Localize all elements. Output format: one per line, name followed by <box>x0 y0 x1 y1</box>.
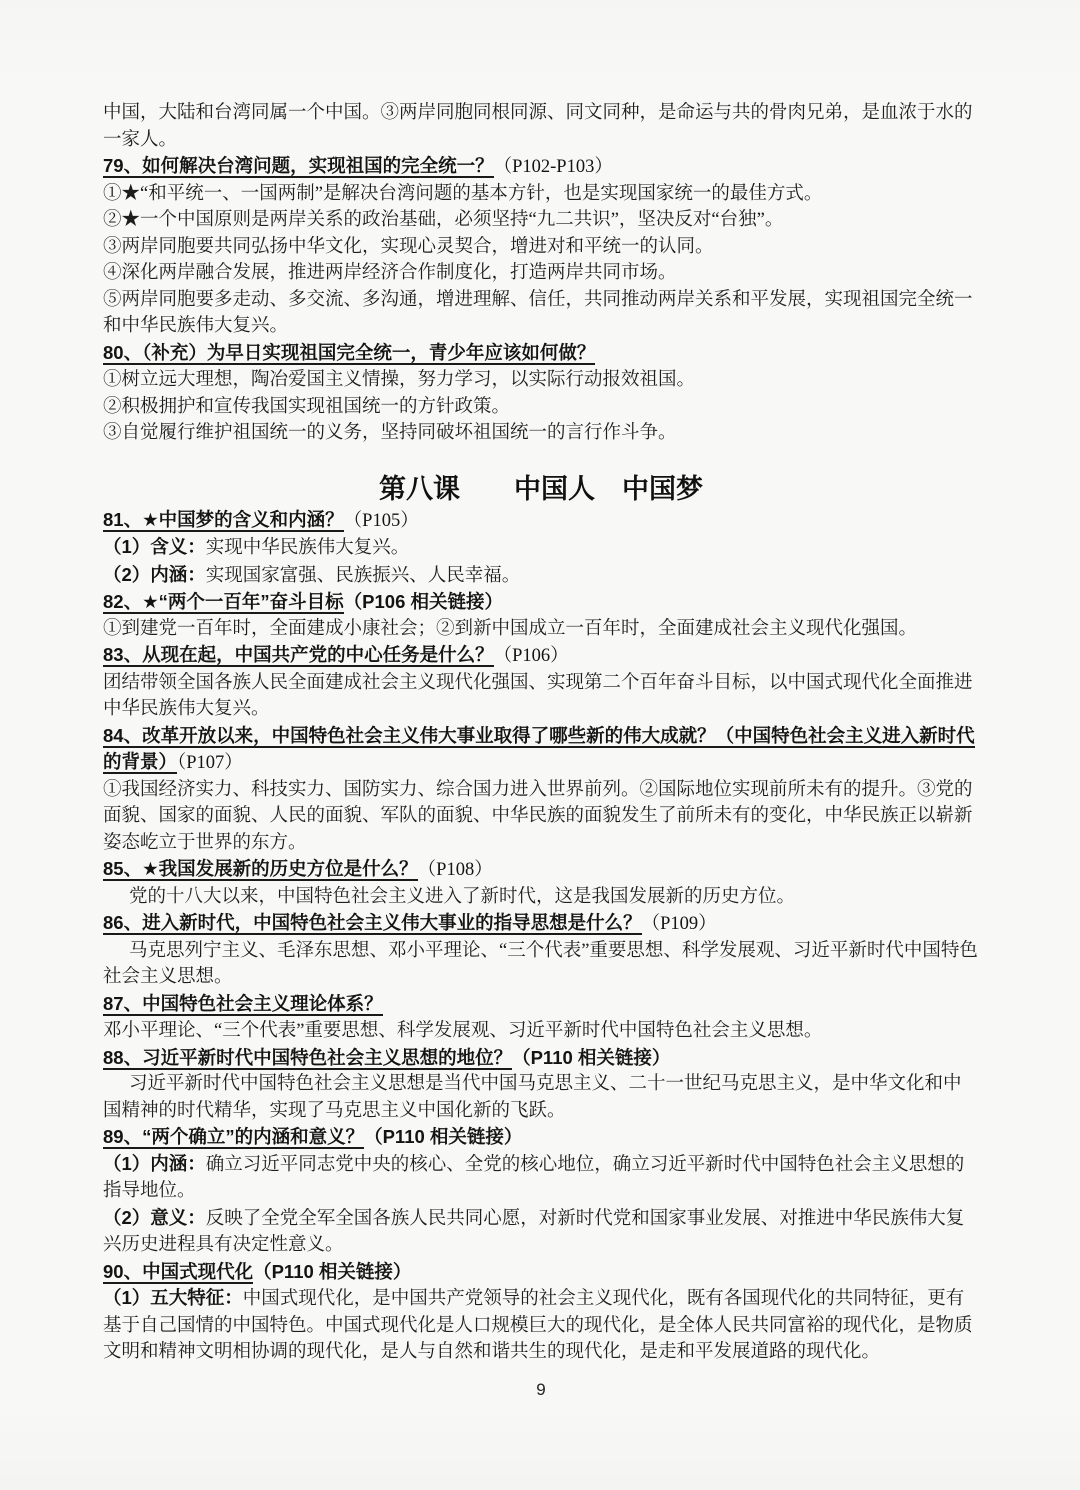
answer-labeled: （1）五大特征：中国式现代化，是中国共产党领导的社会主义现代化，既有各国现代化的… <box>103 1285 979 1366</box>
answer-label: （1）含义： <box>103 536 206 557</box>
answer-point: ①到建党一百年时，全面建成小康社会；②到新中国成立一百年时，全面建成社会主义现代… <box>103 616 979 643</box>
answer-point: ③两岸同胞要共同弘扬中华文化，实现心灵契合，增进对和平统一的认同。 <box>103 234 979 261</box>
question-heading-87: 87、中国特色社会主义理论体系？ <box>103 991 979 1019</box>
answer-labeled: （1）内涵：确立习近平同志党中央的核心、全党的核心地位，确立习近平新时代中国特色… <box>103 1151 979 1205</box>
question-heading-80: 80、（补充）为早日实现祖国完全统一，青少年应该如何做？ <box>103 340 979 368</box>
question-title: 79、如何解决台湾问题，实现祖国的完全统一？ <box>103 155 494 178</box>
page-reference: （P106 相关链接） <box>344 591 503 612</box>
answer-paragraph: ①我国经济实力、科技实力、国防实力、综合国力进入世界前列。②国际地位实现前所未有… <box>103 777 979 857</box>
question-heading-84: 84、改革开放以来，中国特色社会主义伟大事业取得了哪些新的伟大成就？（中国特色社… <box>103 723 979 777</box>
answer-text: 实现国家富强、民族振兴、人民幸福。 <box>206 566 521 586</box>
lesson-title: 第八课 中国人 中国梦 <box>103 471 979 507</box>
question-title: 81、★中国梦的含义和内涵？ <box>103 509 344 532</box>
question-title: 80、（补充）为早日实现祖国完全统一，青少年应该如何做？ <box>103 342 595 365</box>
answer-point: ①树立远大理想，陶冶爱国主义情操，努力学习，以实际行动报效祖国。 <box>103 367 979 394</box>
answer-text: 实现中华民族伟大复兴。 <box>206 538 410 558</box>
page-reference: （P110 相关链接） <box>512 1047 670 1068</box>
answer-point: ④深化两岸融合发展，推进两岸经济合作制度化，打造两岸共同市场。 <box>103 260 979 287</box>
question-heading-83: 83、从现在起，中国共产党的中心任务是什么？（P106） <box>103 642 979 670</box>
question-title: 82、★“两个一百年”奋斗目标 <box>103 591 344 614</box>
page-reference: （P106） <box>494 646 569 666</box>
answer-paragraph: 习近平新时代中国特色社会主义思想是当代中国马克思主义、二十一世纪马克思主义，是中… <box>103 1071 979 1124</box>
answer-label: （1）五大特征： <box>103 1287 243 1308</box>
scanned-document-page: 中国，大陆和台湾同属一个中国。③两岸同胞同根同源、同文同种，是命运与共的骨肉兄弟… <box>0 0 1080 1490</box>
answer-paragraph: 团结带领全国各族人民全面建成社会主义现代化强国、实现第二个百年奋斗目标，以中国式… <box>103 670 979 723</box>
page-reference: （P110 相关链接） <box>253 1261 411 1282</box>
page-reference: （P110 相关链接） <box>364 1126 522 1147</box>
question-title: 85、★我国发展新的历史方位是什么？ <box>103 858 418 881</box>
question-title: 90、中国式现代化 <box>103 1261 253 1284</box>
page-reference: （P105） <box>344 511 419 531</box>
question-heading-85: 85、★我国发展新的历史方位是什么？（P108） <box>103 856 979 884</box>
answer-labeled: （2）内涵：实现国家富强、民族振兴、人民幸福。 <box>103 562 979 590</box>
answer-labeled: （2）意义：反映了全党全军全国各族人民共同心愿，对新时代党和国家事业发展、对推进… <box>103 1205 979 1259</box>
question-title: 89、“两个确立”的内涵和意义？ <box>103 1126 364 1149</box>
answer-point: ⑤两岸同胞要多走动、多交流、多沟通，增进理解、信任，共同推动两岸关系和平发展，实… <box>103 287 979 340</box>
question-title: 87、中国特色社会主义理论体系？ <box>103 993 383 1016</box>
continuation-paragraph: 中国，大陆和台湾同属一个中国。③两岸同胞同根同源、同文同种，是命运与共的骨肉兄弟… <box>103 100 979 153</box>
answer-label: （2）内涵： <box>103 564 206 585</box>
question-title: 83、从现在起，中国共产党的中心任务是什么？ <box>103 644 494 667</box>
page-reference: （P109） <box>642 914 717 934</box>
answer-point: ③自觉履行维护祖国统一的义务，坚持同破坏祖国统一的言行作斗争。 <box>103 420 979 447</box>
answer-text: 反映了全党全军全国各族人民共同心愿，对新时代党和国家事业发展、对推进中华民族伟大… <box>103 1209 964 1256</box>
question-heading-81: 81、★中国梦的含义和内涵？（P105） <box>103 507 979 535</box>
question-heading-82: 82、★“两个一百年”奋斗目标（P106 相关链接） <box>103 589 979 616</box>
question-heading-79: 79、如何解决台湾问题，实现祖国的完全统一？（P102-P103） <box>103 153 979 181</box>
answer-labeled: （1）含义：实现中华民族伟大复兴。 <box>103 534 979 562</box>
answer-text: 确立习近平同志党中央的核心、全党的核心地位，确立习近平新时代中国特色社会主义思想… <box>103 1155 964 1202</box>
page-number: 9 <box>103 1379 979 1401</box>
answer-point: ②★一个中国原则是两岸关系的政治基础，必须坚持“九二共识”，坚决反对“台独”。 <box>103 207 979 234</box>
answer-label: （1）内涵： <box>103 1153 206 1174</box>
answer-point: ②积极拥护和宣传我国实现祖国统一的方针政策。 <box>103 394 979 421</box>
answer-label: （2）意义： <box>103 1207 206 1228</box>
answer-point: ①★“和平统一、一国两制”是解决台湾问题的基本方针，也是实现国家统一的最佳方式。 <box>103 181 979 208</box>
answer-paragraph: 党的十八大以来，中国特色社会主义进入了新时代，这是我国发展新的历史方位。 <box>103 884 979 911</box>
document-content: 中国，大陆和台湾同属一个中国。③两岸同胞同根同源、同文同种，是命运与共的骨肉兄弟… <box>103 100 979 1401</box>
answer-paragraph: 邓小平理论、“三个代表”重要思想、科学发展观、习近平新时代中国特色社会主义思想。 <box>103 1018 979 1045</box>
page-reference: （P107） <box>177 753 243 773</box>
question-title: 86、进入新时代，中国特色社会主义伟大事业的指导思想是什么？ <box>103 912 642 935</box>
question-title: 88、习近平新时代中国特色社会主义思想的地位？ <box>103 1047 512 1070</box>
question-heading-90: 90、中国式现代化（P110 相关链接） <box>103 1259 979 1286</box>
question-heading-86: 86、进入新时代，中国特色社会主义伟大事业的指导思想是什么？（P109） <box>103 910 979 938</box>
answer-paragraph: 马克思列宁主义、毛泽东思想、邓小平理论、“三个代表”重要思想、科学发展观、习近平… <box>103 938 979 991</box>
question-heading-88: 88、习近平新时代中国特色社会主义思想的地位？（P110 相关链接） <box>103 1045 979 1072</box>
page-reference: （P108） <box>418 860 493 880</box>
question-heading-89: 89、“两个确立”的内涵和意义？（P110 相关链接） <box>103 1124 979 1151</box>
page-reference: （P102-P103） <box>494 157 613 177</box>
